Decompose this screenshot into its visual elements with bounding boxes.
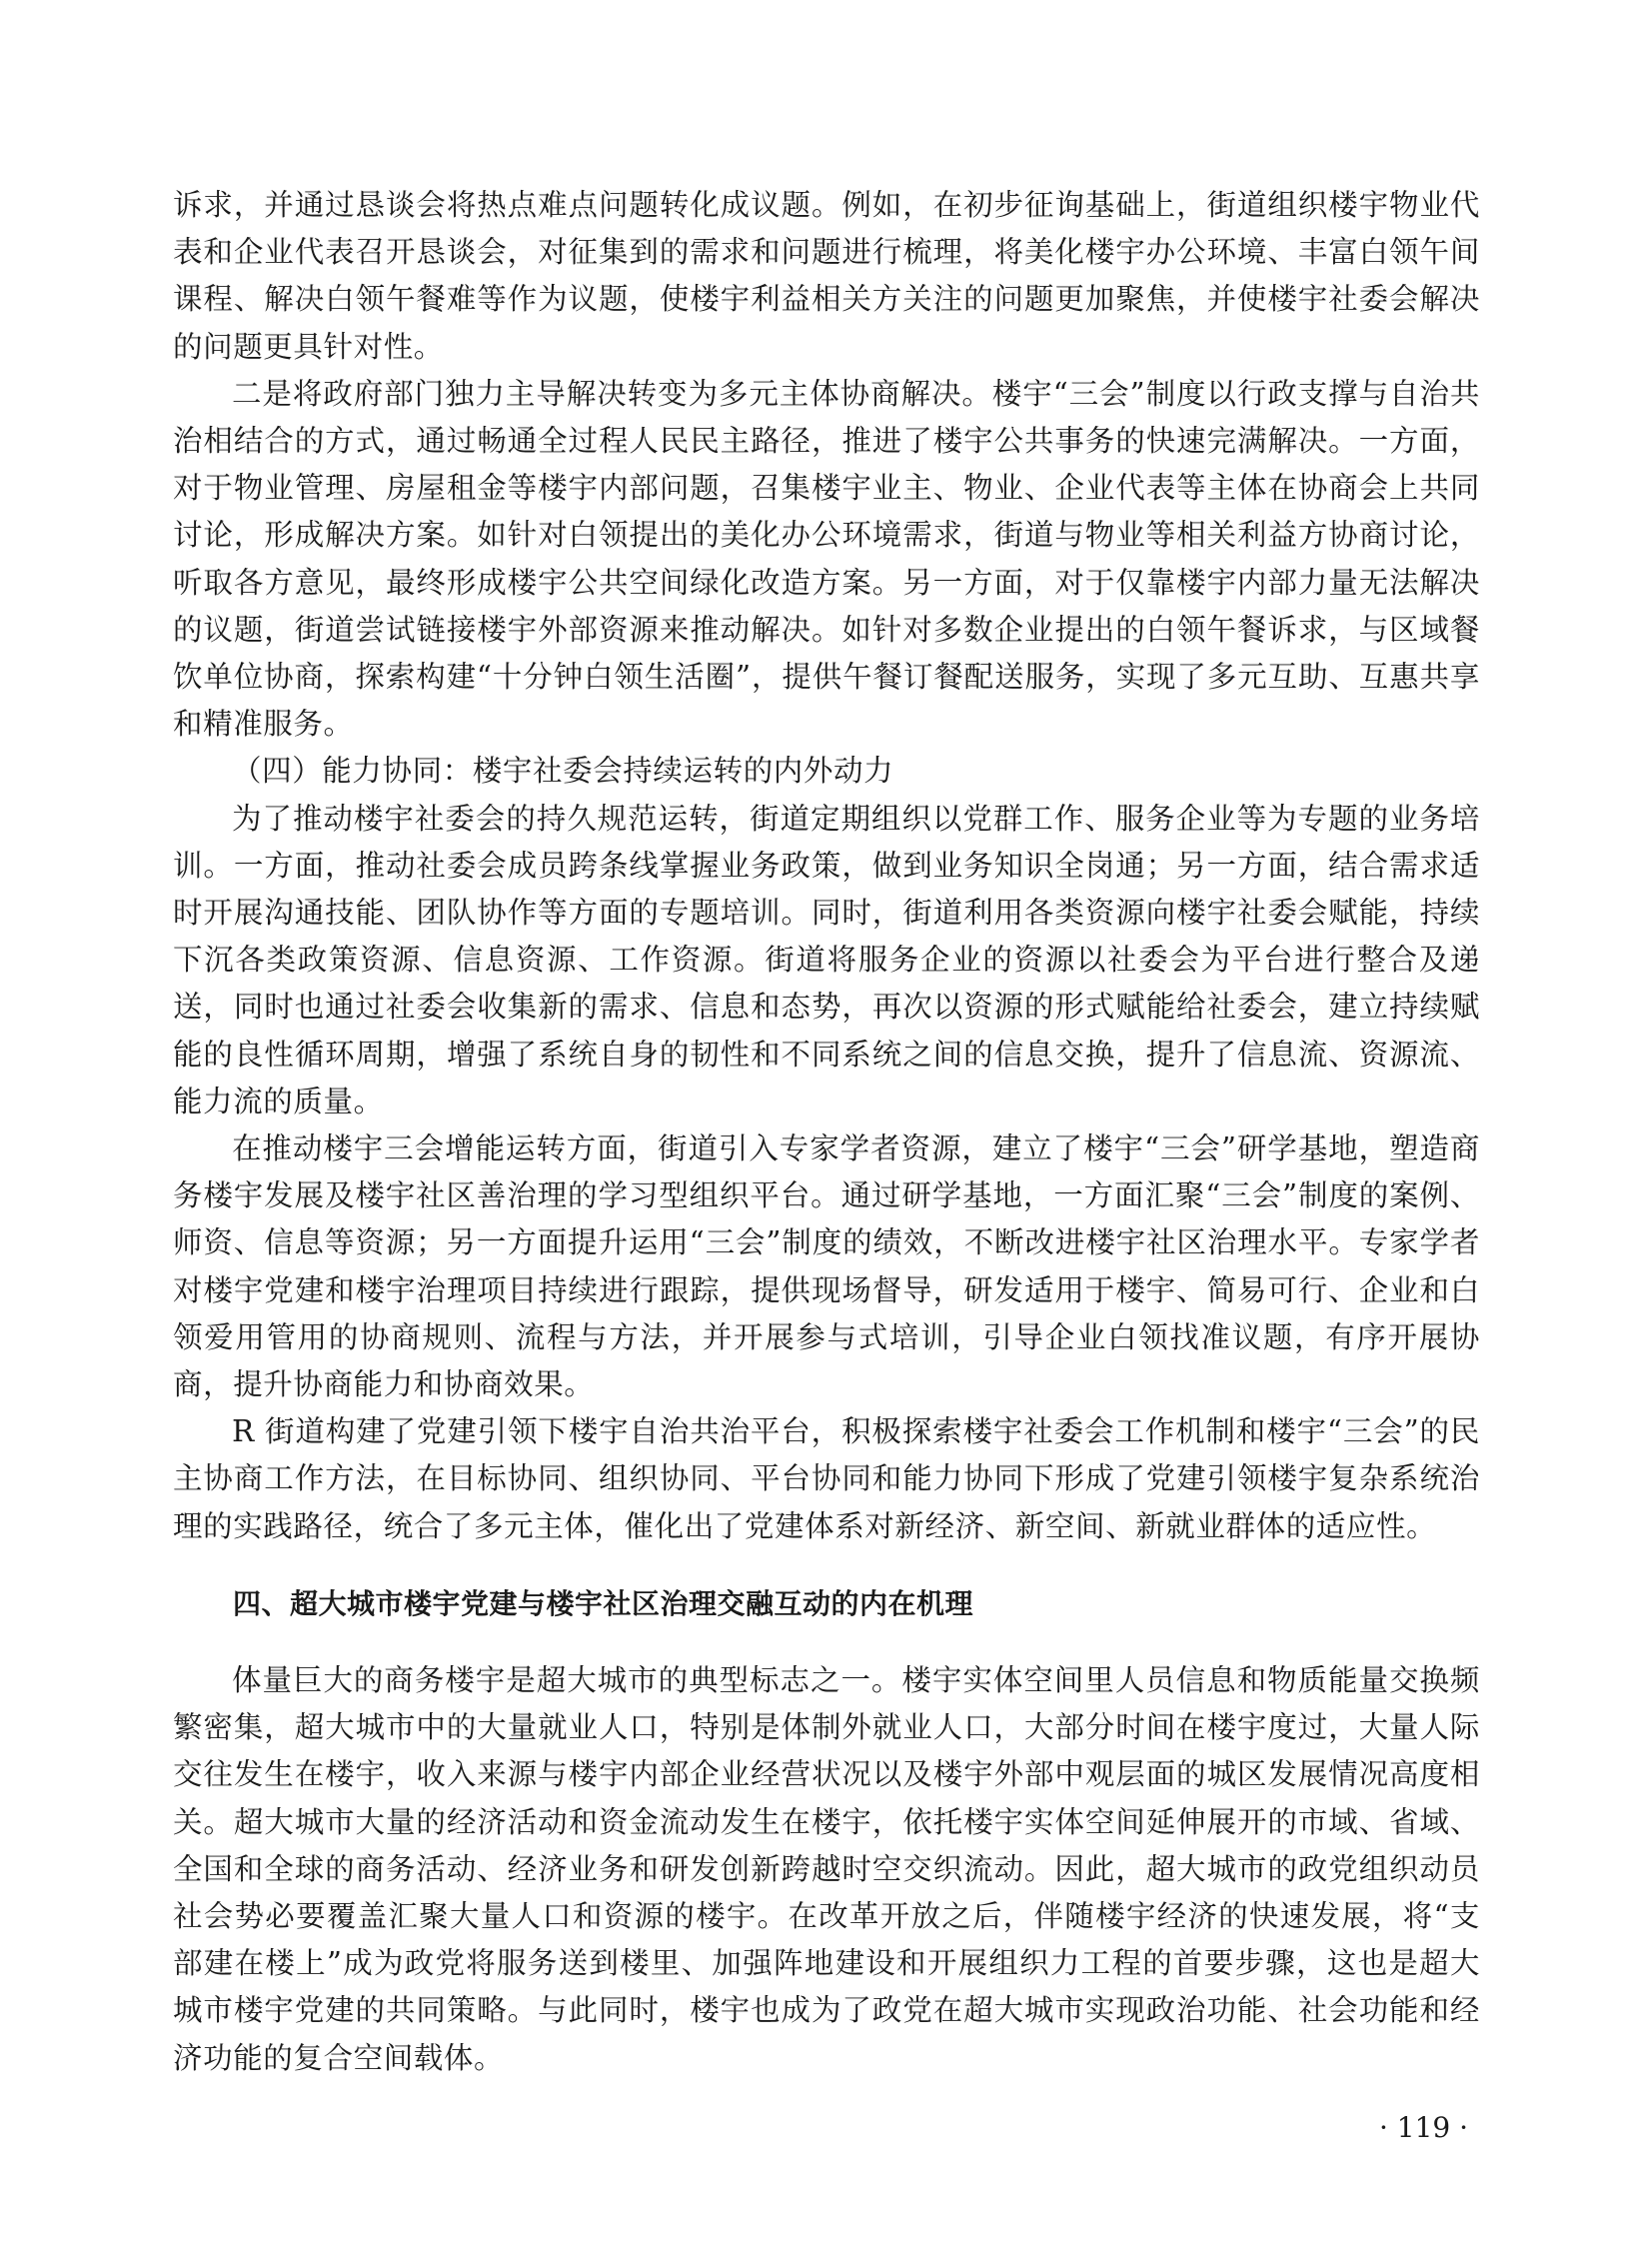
subsection-heading-capability-synergy: （四）能力协同：楼宇社委会持续运转的内外动力 [173, 748, 1480, 795]
page-number: · 119 · [1379, 2111, 1468, 2144]
paragraph-summary: R 街道构建了党建引领下楼宇自治共治平台，积极探索楼宇社委会工作机制和楼宇“三会… [173, 1408, 1480, 1550]
paragraph-multi-actor-consultation: 二是将政府部门独力主导解决转变为多元主体协商解决。楼宇“三会”制度以行政支撑与自… [173, 371, 1480, 749]
paragraph-megacity-buildings: 体量巨大的商务楼宇是超大城市的典型标志之一。楼宇实体空间里人员信息和物质能量交换… [173, 1657, 1480, 2082]
paragraph-research-base: 在推动楼宇三会增能运转方面，街道引入专家学者资源，建立了楼宇“三会”研学基地，塑… [173, 1125, 1480, 1408]
paragraph-training-empowerment: 为了推动楼宇社委会的持久规范运转，街道定期组织以党群工作、服务企业等为专题的业务… [173, 796, 1480, 1125]
page-body: 诉求，并通过恳谈会将热点难点问题转化成议题。例如，在初步征询基础上，街道组织楼宇… [173, 182, 1480, 2082]
section-heading: 四、超大城市楼宇党建与楼宇社区治理交融互动的内在机理 [173, 1580, 1480, 1627]
paragraph-continuation: 诉求，并通过恳谈会将热点难点问题转化成议题。例如，在初步征询基础上，街道组织楼宇… [173, 182, 1480, 371]
